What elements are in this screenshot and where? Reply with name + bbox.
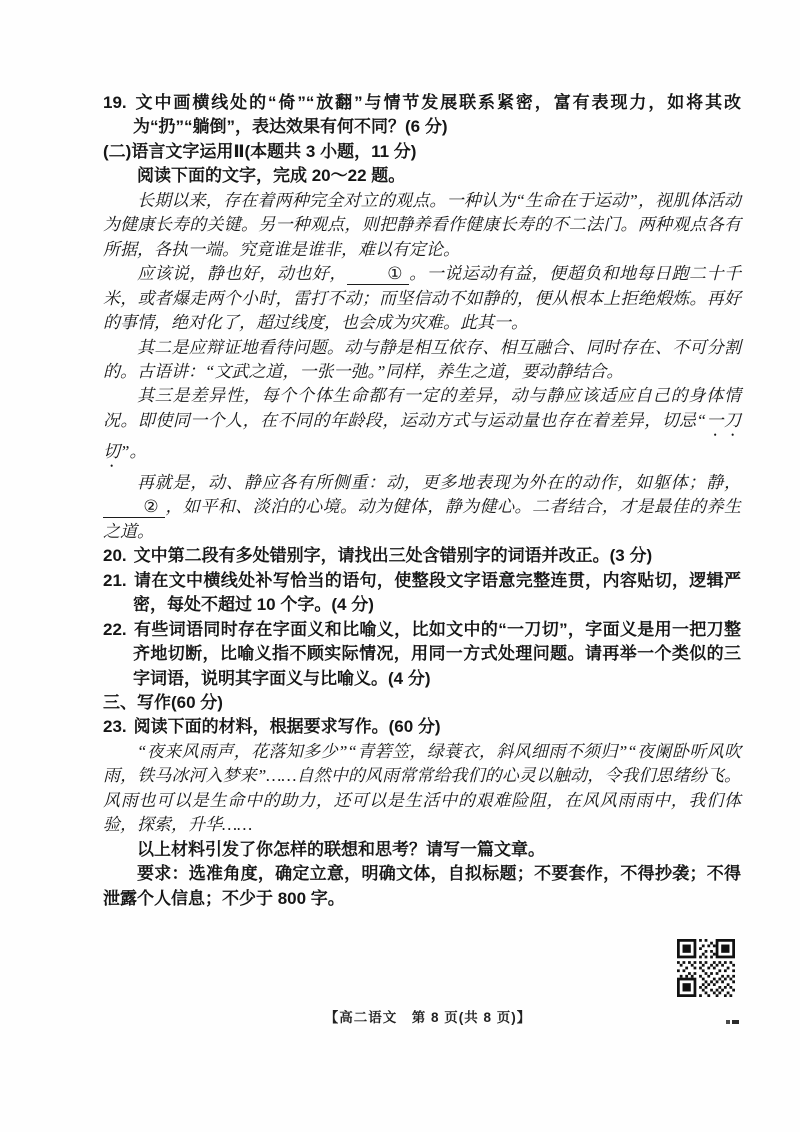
section-2-title: (二)语言文字运用Ⅱ(本题共 3 小题，11 分) — [103, 140, 741, 164]
question-20: 20.文中第二段有多处错别字，请找出三处含错别字的词语并改正。(3 分) — [103, 544, 741, 568]
question-20-number: 20. — [103, 546, 127, 565]
question-19-number: 19. — [103, 93, 127, 112]
passage-paragraph-3: 其二是应辩证地看待问题。动与静是相互依存、相互融合、同时存在、不可分割的。古语讲… — [103, 336, 741, 385]
question-19: 19.文中画横线处的“倚”“放翻”与情节发展联系紧密，富有表现力，如将其改为“扔… — [103, 91, 741, 140]
question-23: 23.阅读下面的材料，根据要求写作。(60 分) — [103, 715, 741, 739]
passage-paragraph-1: 长期以来，存在着两种完全对立的观点。一种认为“生命在于运动”，视肌体活动为健康长… — [103, 189, 741, 262]
page-footer: 【高二语文 第 8 页(共 8 页)】 — [0, 1006, 800, 1026]
paragraph-5-text-after: ，如平和、淡泊的心境。动为健体，静为健心。二者结合，才是最佳的养生之道。 — [103, 497, 741, 540]
paragraph-2-text-before: 应该说，静也好，动也好， — [137, 264, 347, 283]
essay-prompt: 以上材料引发了你怎样的联想和思考？请写一篇文章。 — [103, 838, 741, 862]
qr-code-icon — [677, 939, 735, 997]
question-19-text: 文中画横线处的“倚”“放翻”与情节发展联系紧密，富有表现力，如将其改为“扔”“躺… — [133, 93, 741, 136]
section-3-title: 三、写作(60 分) — [103, 691, 741, 715]
essay-material: “夜来风雨声，花落知多少”“青箬笠，绿蓑衣，斜风细雨不须归”“夜阑卧听风吹雨，铁… — [103, 740, 741, 838]
paragraph-4-text-after: ”。 — [120, 442, 146, 461]
passage-paragraph-2: 应该说，静也好，动也好，①。一说运动有益，便超负和地每日跑二十千米，或者爆走两个… — [103, 262, 741, 335]
question-22-number: 22. — [103, 620, 127, 639]
question-23-number: 23. — [103, 717, 127, 736]
passage-paragraph-5: 再就是，动、静应各有所侧重：动，更多地表现为外在的动作，如躯体；静，②，如平和、… — [103, 471, 741, 544]
question-21: 21.请在文中横线处补写恰当的语句，使整段文字语意完整连贯，内容贴切，逻辑严密，… — [103, 569, 741, 618]
question-21-number: 21. — [103, 571, 127, 590]
question-23-text: 阅读下面的材料，根据要求写作。(60 分) — [134, 717, 441, 736]
exam-page: 19.文中画横线处的“倚”“放翻”与情节发展联系紧密，富有表现力，如将其改为“扔… — [0, 0, 800, 1132]
question-20-text: 文中第二段有多处错别字，请找出三处含错别字的词语并改正。(3 分) — [134, 546, 653, 565]
blank-1: ① — [347, 265, 409, 285]
exam-content: 19.文中画横线处的“倚”“放翻”与情节发展联系紧密，富有表现力，如将其改为“扔… — [103, 91, 741, 911]
paragraph-4-text-before: 其三是差异性，每个个体生命都有一定的差异，动与静应该适应自己的身体情况。即使同一… — [103, 386, 741, 429]
essay-requirements: 要求：选准角度，确定立意，明确文体，自拟标题；不要套作，不得抄袭；不得泄露个人信… — [103, 862, 741, 911]
question-22: 22.有些词语同时存在字面义和比喻义，比如文中的“一刀切”，字面义是用一把刀整齐… — [103, 618, 741, 691]
paragraph-5-text-before: 再就是，动、静应各有所侧重：动，更多地表现为外在的动作，如躯体；静， — [137, 473, 741, 492]
question-22-text: 有些词语同时存在字面义和比喻义，比如文中的“一刀切”，字面义是用一把刀整齐地切断… — [133, 620, 741, 688]
question-21-text: 请在文中横线处补写恰当的语句，使整段文字语意完整连贯，内容贴切，逻辑严密，每处不… — [133, 571, 741, 614]
blank-2: ② — [103, 498, 165, 518]
passage-paragraph-4: 其三是差异性，每个个体生命都有一定的差异，动与静应该适应自己的身体情况。即使同一… — [103, 384, 741, 470]
section-2-intro: 阅读下面的文字，完成 20～22 题。 — [103, 164, 741, 188]
